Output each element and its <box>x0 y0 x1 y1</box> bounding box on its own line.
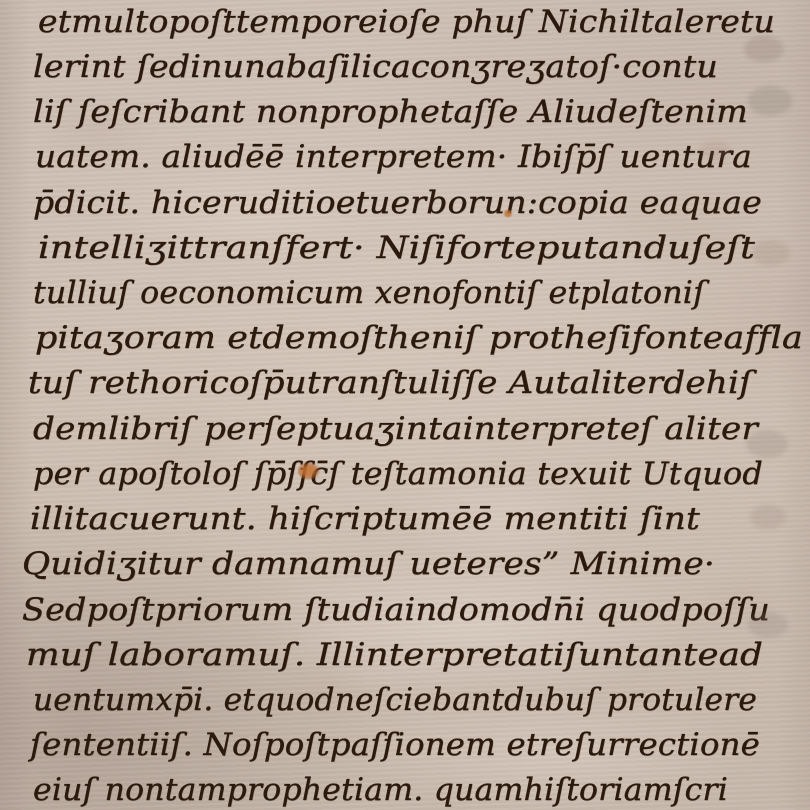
manuscript-line: liſ ſeſcribant nonprophetaſſe Aliudeſten… <box>33 94 748 130</box>
show-through-mark <box>752 240 790 266</box>
manuscript-line: tulliuſ oeconomicum xenofontiſ etplatoni… <box>33 275 705 311</box>
show-through-mark <box>750 505 786 529</box>
manuscript-line: etmultopoſttemporeioſe phuſ Nichiltalere… <box>38 4 775 40</box>
manuscript-line: p̄dicit. hiceruditioetuerborun:copia eaq… <box>33 185 762 221</box>
manuscript-line: intelliʒittranſfert· Niſiforteputanduſeſ… <box>38 230 755 266</box>
manuscript-line: eiuſ nontamprophetiam. quamhiſtoriamſcri <box>33 772 728 808</box>
manuscript-line: uatem. aliudēē interpretem· Ibiſp̄ſ uent… <box>35 139 752 175</box>
manuscript-page: etmultopoſttemporeioſe phuſ Nichiltalere… <box>0 0 810 810</box>
show-through-mark <box>748 86 792 116</box>
manuscript-line: muſ laboramuſ. Illinterpretatiſuntantead <box>26 637 763 673</box>
manuscript-line: per apoſtoloſ ſp̄ſſc̄ſ teſtamonia texuit… <box>33 456 763 492</box>
manuscript-line: demlibriſ perſeptuaʒintainterpreteſ alit… <box>33 411 758 447</box>
manuscript-line: illitacuerunt. hiſcriptumēē mentiti ſint <box>30 501 700 537</box>
manuscript-line: pitaʒoram etdemoſtheniſ protheſifonteaff… <box>35 320 803 356</box>
manuscript-line: Sedpoſtpriorum ſtudiaindomodn̄i quodpoſſ… <box>22 592 770 628</box>
manuscript-line: uentumxp̄i. etquodneſciebantdubuſ protul… <box>33 682 757 718</box>
manuscript-line: Quidiʒitur damnamuſ ueteres” Minime· <box>22 546 715 582</box>
manuscript-line: lerint ſedinunabaſilicaconʒreʒatoſ·contu <box>33 49 718 85</box>
manuscript-line: tuſ rethoricoſp̄utranſtuliſſe Autaliterd… <box>28 365 752 401</box>
manuscript-line: ſententiiſ. Noſpoſtpaſſionem etreſurrect… <box>30 727 760 763</box>
